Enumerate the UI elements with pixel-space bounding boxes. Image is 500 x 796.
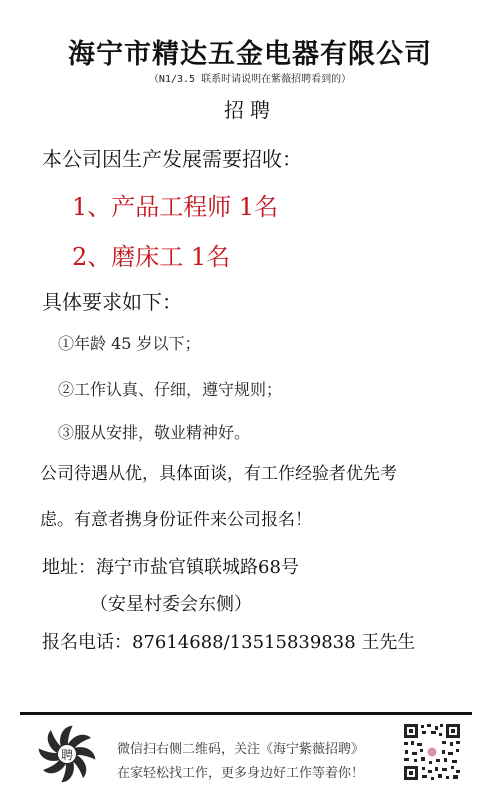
address-note: （安星村委会东侧） bbox=[90, 590, 252, 616]
requirement-item: ①年龄 45 岁以下； bbox=[58, 331, 201, 354]
company-title: 海宁市精达五金电器有限公司 bbox=[0, 32, 500, 71]
phone-contact: 报名电话：87614688/13515839838 王先生 bbox=[42, 628, 415, 654]
benefits-text-line1: 公司待遇从优，具体面谈，有工作经验者优先考 bbox=[40, 459, 397, 484]
subtitle-note: （N1/3.5 联系时请说明在紫薇招聘看到的） bbox=[0, 70, 500, 85]
recruitment-heading: 招聘 bbox=[0, 94, 500, 123]
requirements-title: 具体要求如下： bbox=[42, 286, 182, 315]
intro-text: 本公司因生产发展需要招收： bbox=[42, 143, 302, 172]
pinwheel-logo-icon: 聘 bbox=[38, 725, 96, 783]
requirement-item: ②工作认真、仔细，遵守规则； bbox=[58, 377, 282, 400]
footer-divider bbox=[20, 712, 472, 715]
requirement-item: ③服从安排，敬业精神好。 bbox=[58, 420, 250, 443]
svg-text:聘: 聘 bbox=[61, 747, 73, 762]
qr-code-icon[interactable] bbox=[402, 722, 462, 782]
position-item: 2、磨床工 1名 bbox=[72, 237, 230, 272]
footer-wechat-text: 微信扫右侧二维码，关注《海宁紫薇招聘》 bbox=[117, 738, 364, 757]
benefits-text-line2: 虑。有意者携身份证件来公司报名！ bbox=[40, 505, 312, 530]
footer-slogan-text: 在家轻松找工作，更多身边好工作等着你！ bbox=[117, 762, 364, 781]
address: 地址：海宁市盐官镇联城路68号 bbox=[42, 553, 299, 579]
position-item: 1、产品工程师 1名 bbox=[72, 187, 278, 222]
